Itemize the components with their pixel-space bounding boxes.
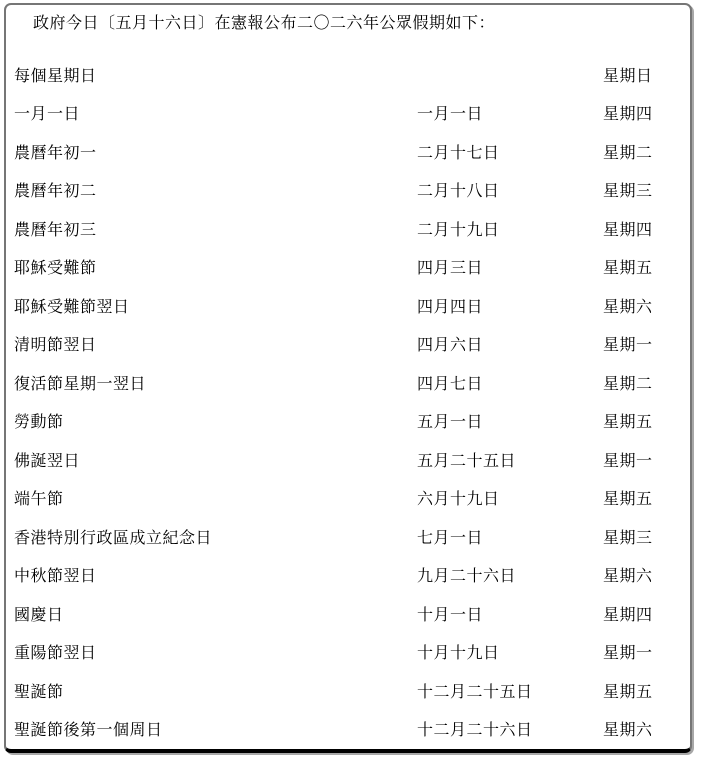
table-row: 農曆年初一 二月十七日 星期二 (14, 132, 682, 171)
holiday-name: 勞動節 (14, 409, 417, 432)
holiday-name: 復活節星期一翌日 (14, 371, 417, 394)
holiday-date: 十月十九日 (417, 640, 603, 663)
holiday-weekday: 星期四 (603, 217, 682, 240)
holiday-weekday: 星期六 (603, 294, 682, 317)
holiday-weekday: 星期三 (603, 525, 682, 548)
holiday-weekday: 星期五 (603, 679, 682, 702)
holiday-date: 二月十七日 (417, 140, 603, 163)
table-row: 國慶日 十月一日 星期四 (14, 594, 682, 633)
holiday-weekday: 星期一 (603, 332, 682, 355)
table-row: 復活節星期一翌日 四月七日 星期二 (14, 363, 682, 402)
holiday-date: 二月十九日 (417, 217, 603, 240)
holiday-weekday: 星期二 (603, 140, 682, 163)
notice-title: 政府今日〔五月十六日〕在憲報公布二〇二六年公眾假期如下： (14, 13, 682, 32)
holiday-date: 十二月二十五日 (417, 679, 603, 702)
holiday-name: 國慶日 (14, 602, 417, 625)
holiday-name: 中秋節翌日 (14, 563, 417, 586)
holiday-date: 一月一日 (417, 101, 603, 124)
holiday-weekday: 星期五 (603, 255, 682, 278)
table-row: 耶穌受難節翌日 四月四日 星期六 (14, 286, 682, 325)
holiday-name: 農曆年初三 (14, 217, 417, 240)
table-row: 重陽節翌日 十月十九日 星期一 (14, 633, 682, 672)
holiday-table: 每個星期日 星期日 一月一日 一月一日 星期四 農曆年初一 二月十七日 星期二 … (14, 55, 682, 748)
holiday-weekday: 星期五 (603, 409, 682, 432)
holiday-date: 五月一日 (417, 409, 603, 432)
table-row: 聖誕節 十二月二十五日 星期五 (14, 671, 682, 710)
holiday-weekday: 星期二 (603, 371, 682, 394)
holiday-weekday: 星期三 (603, 178, 682, 201)
holiday-date: 二月十八日 (417, 178, 603, 201)
holiday-name: 香港特別行政區成立紀念日 (14, 525, 417, 548)
holiday-weekday: 星期六 (603, 717, 682, 740)
table-row: 每個星期日 星期日 (14, 55, 682, 94)
table-row: 中秋節翌日 九月二十六日 星期六 (14, 556, 682, 595)
holiday-date: 四月六日 (417, 332, 603, 355)
holiday-date: 九月二十六日 (417, 563, 603, 586)
holiday-weekday: 星期六 (603, 563, 682, 586)
holiday-name: 一月一日 (14, 101, 417, 124)
holiday-date: 十二月二十六日 (417, 717, 603, 740)
table-row: 農曆年初二 二月十八日 星期三 (14, 171, 682, 210)
holiday-name: 耶穌受難節 (14, 255, 417, 278)
holiday-name: 農曆年初一 (14, 140, 417, 163)
holiday-weekday: 星期五 (603, 486, 682, 509)
holiday-weekday: 星期一 (603, 640, 682, 663)
holiday-weekday: 星期四 (603, 101, 682, 124)
holiday-name: 重陽節翌日 (14, 640, 417, 663)
table-row: 耶穌受難節 四月三日 星期五 (14, 248, 682, 287)
holiday-weekday: 星期一 (603, 448, 682, 471)
table-row: 香港特別行政區成立紀念日 七月一日 星期三 (14, 517, 682, 556)
holiday-date: 四月三日 (417, 255, 603, 278)
table-row: 聖誕節後第一個周日 十二月二十六日 星期六 (14, 710, 682, 749)
holiday-name: 聖誕節後第一個周日 (14, 717, 417, 740)
holiday-date: 四月四日 (417, 294, 603, 317)
holiday-date: 六月十九日 (417, 486, 603, 509)
holiday-name: 農曆年初二 (14, 178, 417, 201)
table-row: 佛誕翌日 五月二十五日 星期一 (14, 440, 682, 479)
holiday-name: 聖誕節 (14, 679, 417, 702)
table-row: 端午節 六月十九日 星期五 (14, 479, 682, 518)
holiday-date: 五月二十五日 (417, 448, 603, 471)
holiday-name: 清明節翌日 (14, 332, 417, 355)
holiday-name: 每個星期日 (14, 63, 417, 86)
holiday-weekday: 星期日 (603, 63, 682, 86)
holiday-weekday: 星期四 (603, 602, 682, 625)
holiday-date: 七月一日 (417, 525, 603, 548)
table-row: 清明節翌日 四月六日 星期一 (14, 325, 682, 364)
table-row: 勞動節 五月一日 星期五 (14, 402, 682, 441)
holiday-name: 佛誕翌日 (14, 448, 417, 471)
holiday-date: 十月一日 (417, 602, 603, 625)
table-row: 農曆年初三 二月十九日 星期四 (14, 209, 682, 248)
holiday-name: 耶穌受難節翌日 (14, 294, 417, 317)
table-row: 一月一日 一月一日 星期四 (14, 94, 682, 133)
holiday-date: 四月七日 (417, 371, 603, 394)
holiday-name: 端午節 (14, 486, 417, 509)
notice-box: 政府今日〔五月十六日〕在憲報公布二〇二六年公眾假期如下： 每個星期日 星期日 一… (4, 3, 692, 753)
